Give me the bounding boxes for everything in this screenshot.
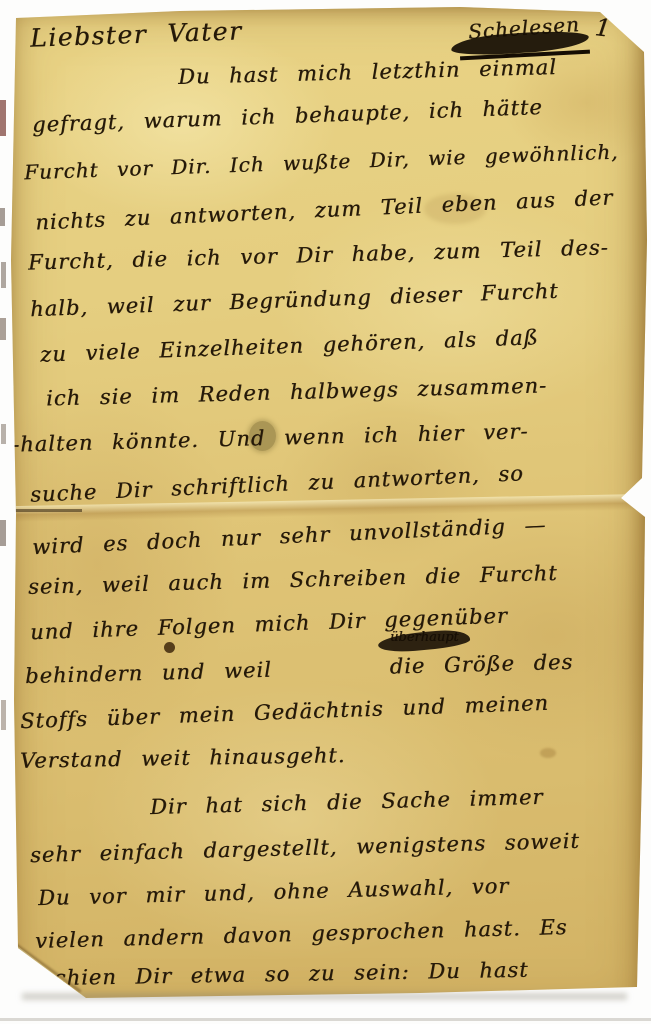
scan-edge-artifact bbox=[0, 318, 6, 340]
scanner-edge-line bbox=[0, 1018, 651, 1021]
handwriting-line: schien Dir etwa so zu sein: Du hast bbox=[42, 958, 529, 990]
paper-smudge bbox=[540, 748, 556, 758]
handwriting-line: sehr einfach dargestellt, wenigstens sow… bbox=[30, 829, 580, 867]
scan-edge-artifact bbox=[1, 424, 6, 444]
scan-edge-artifact bbox=[1, 700, 6, 730]
page-number: 1 bbox=[593, 13, 613, 43]
handwriting-line: sein, weil auch im Schreiben die Furcht bbox=[28, 561, 558, 599]
scan-edge-artifact bbox=[0, 208, 5, 226]
handwriting-line: Du vor mir und, ohne Auswahl, vor bbox=[38, 874, 510, 910]
handwriting-line: vielen andern davon gesprochen hast. Es bbox=[35, 915, 568, 953]
handwriting-line: zu viele Einzelheiten gehören, als daß bbox=[40, 325, 539, 366]
handwriting-line: Furcht vor Dir. Ich wußte Dir, wie gewöh… bbox=[24, 140, 619, 185]
blot-gap bbox=[272, 674, 390, 677]
handwriting-line: Furcht, die ich vor Dir habe, zum Teil d… bbox=[28, 235, 609, 274]
handwriting-line: halb, weil zur Begründung dieser Furcht bbox=[30, 279, 559, 321]
paper-drop-shadow bbox=[22, 993, 627, 1000]
handwriting-line: Verstand weit hinausgeht. bbox=[20, 743, 346, 773]
handwriting-line: behindern und weildie Größe des bbox=[25, 650, 574, 688]
crease-dark-line bbox=[12, 509, 82, 512]
handwriting-line: Dir hat sich die Sache immer bbox=[150, 785, 544, 819]
line-text-after-blot: die Größe des bbox=[389, 650, 573, 679]
handwriting-line: Du hast mich letzthin einmal bbox=[178, 55, 557, 89]
ink-stain bbox=[164, 642, 175, 653]
salutation: Liebster Vater bbox=[30, 16, 243, 52]
scan-edge-artifact bbox=[0, 520, 6, 546]
paper-sheet: Liebster Vater Schelesen 1 Du hast mich … bbox=[0, 0, 651, 1024]
scan-edge-artifact bbox=[1, 262, 6, 288]
handwriting-line: nichts zu antworten, zum Teil eben aus d… bbox=[35, 185, 614, 234]
line-text-before-blot: behindern und weil bbox=[25, 658, 272, 688]
handwriting-line: Stoffs über mein Gedächtnis und meinen bbox=[20, 691, 550, 733]
scan-edge-artifact bbox=[0, 100, 6, 136]
scanned-letter-page: Liebster Vater Schelesen 1 Du hast mich … bbox=[0, 0, 651, 1024]
handwriting-line: gefragt, warum ich behaupte, ich hätte bbox=[32, 95, 543, 137]
handwriting-line: ich sie im Reden halbwegs zusammen- bbox=[46, 373, 548, 410]
